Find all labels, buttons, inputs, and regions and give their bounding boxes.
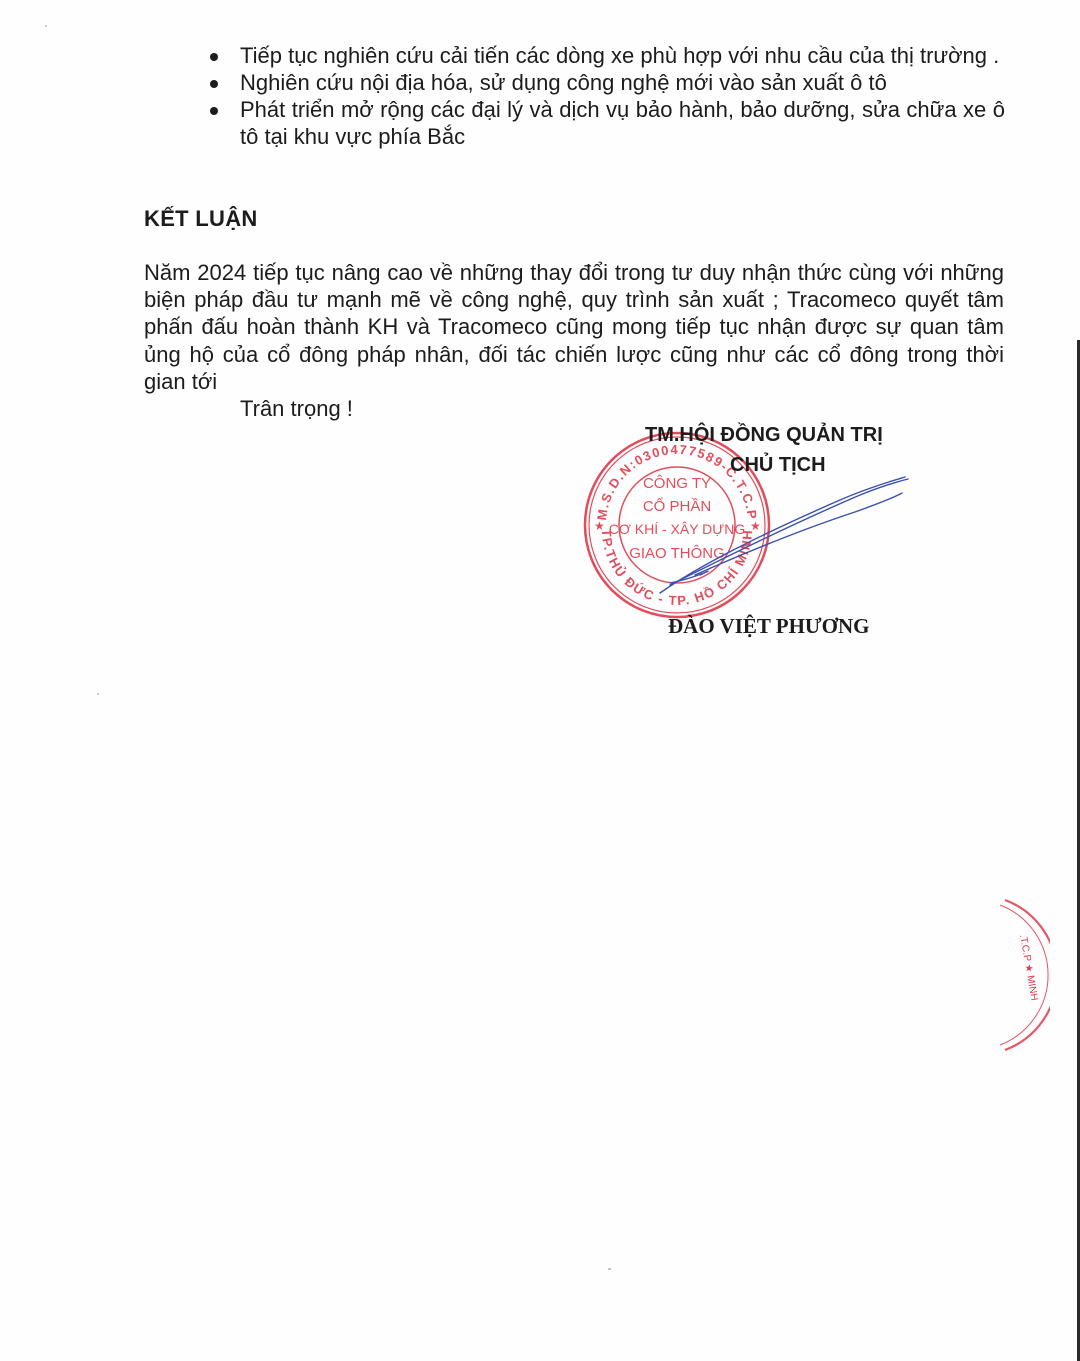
bullet-text: Phát triển mở rộng các đại lý và dịch vụ… [240, 97, 1005, 149]
scan-speck [608, 1268, 611, 1270]
closing-salutation: Trân trọng ! [240, 396, 353, 422]
list-item: Tiếp tục nghiên cứu cải tiến các dòng xe… [205, 42, 1005, 69]
bullet-text: Nghiên cứu nội địa hóa, sử dụng công ngh… [240, 70, 887, 95]
signatory-name: ĐÀO VIỆT PHƯƠNG [668, 614, 869, 639]
document-page: Tiếp tục nghiên cứu cải tiến các dòng xe… [0, 0, 1080, 1361]
list-item: Nghiên cứu nội địa hóa, sử dụng công ngh… [205, 69, 1005, 96]
bullet-icon [210, 53, 218, 61]
list-item: Phát triển mở rộng các đại lý và dịch vụ… [205, 96, 1005, 150]
svg-text:★: ★ [594, 519, 605, 533]
conclusion-paragraph: Năm 2024 tiếp tục nâng cao về những thay… [144, 259, 1004, 395]
bullet-icon [210, 107, 218, 115]
bullet-icon [210, 80, 218, 88]
conclusion-heading: KẾT LUẬN [144, 206, 258, 232]
handwritten-signature [640, 465, 920, 595]
scan-speck [97, 693, 99, 695]
action-bullet-list: Tiếp tục nghiên cứu cải tiến các dòng xe… [205, 42, 1005, 150]
partial-seal-stamp: .T.C.P ★ MINH [990, 895, 1050, 1055]
bullet-text: Tiếp tục nghiên cứu cải tiến các dòng xe… [240, 43, 999, 68]
svg-text:.T.C.P ★ MINH: .T.C.P ★ MINH [1017, 934, 1039, 1002]
signature-title: TM.HỘI ĐỒNG QUẢN TRỊ [645, 424, 883, 447]
scan-speck [45, 25, 47, 27]
